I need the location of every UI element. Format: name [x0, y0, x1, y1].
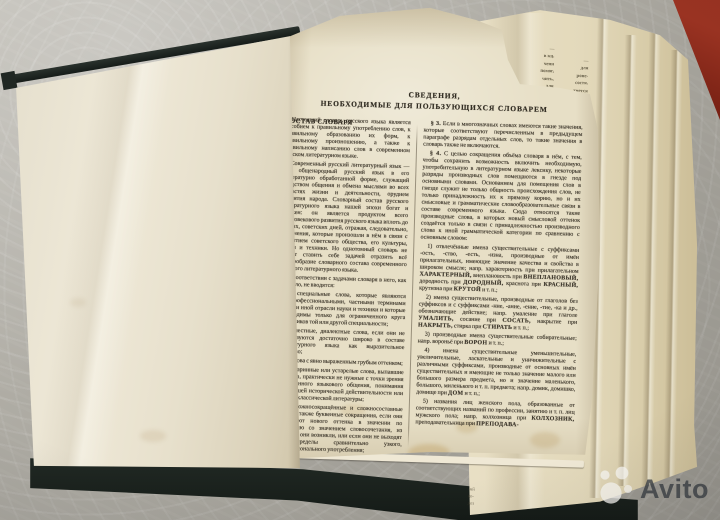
right-text-column: § 3. Если в многозначных словах имеются …	[414, 121, 582, 461]
page-edge-text-fragments: -ийко-доз	[468, 485, 499, 507]
paragraph: 2) имена существительные, производные от…	[418, 294, 578, 333]
paragraph: В соответствии с задачами словаря в него…	[280, 275, 406, 293]
avito-watermark: Avito	[592, 458, 720, 520]
page-stain	[70, 298, 86, 307]
paragraph: 3) производные имена существительные соб…	[418, 331, 577, 349]
page-stain	[140, 430, 166, 442]
paragraph: § 3. Если в многозначных словах имеются …	[423, 121, 583, 153]
left-blank-page	[12, 28, 304, 478]
book-cover-corner	[1, 71, 18, 90]
paragraph: 4) имена существительные уменьшительные,…	[416, 347, 576, 400]
photo-of-open-dictionary: —в кц.ченипомог,чить,для —дляроне-состя.…	[0, 0, 720, 520]
paragraph: 1) специальные слова, которые являются у…	[279, 291, 406, 330]
paragraph: Современный русский литературный язык — …	[281, 161, 410, 276]
paragraph: § 4. С целью сокращения объёма словаря в…	[420, 151, 581, 246]
paragraph: 5) названия лиц женского пола, образован…	[415, 398, 575, 430]
torn-corner-text-fragments: —в кц.ченипомог,чить,для	[531, 46, 554, 91]
text-fragment: доз	[468, 499, 498, 507]
paragraph: 1) отвлечённые имена существительные с с…	[419, 243, 579, 296]
page-edge	[617, 35, 637, 486]
watermark-label: Avito	[640, 474, 709, 505]
page-edge	[663, 50, 683, 480]
avito-dots-icon	[592, 462, 638, 516]
text-columns: СОСТАВ СЛОВАРЯ Настоящий словарь русског…	[275, 117, 582, 461]
page-edge	[641, 17, 661, 498]
